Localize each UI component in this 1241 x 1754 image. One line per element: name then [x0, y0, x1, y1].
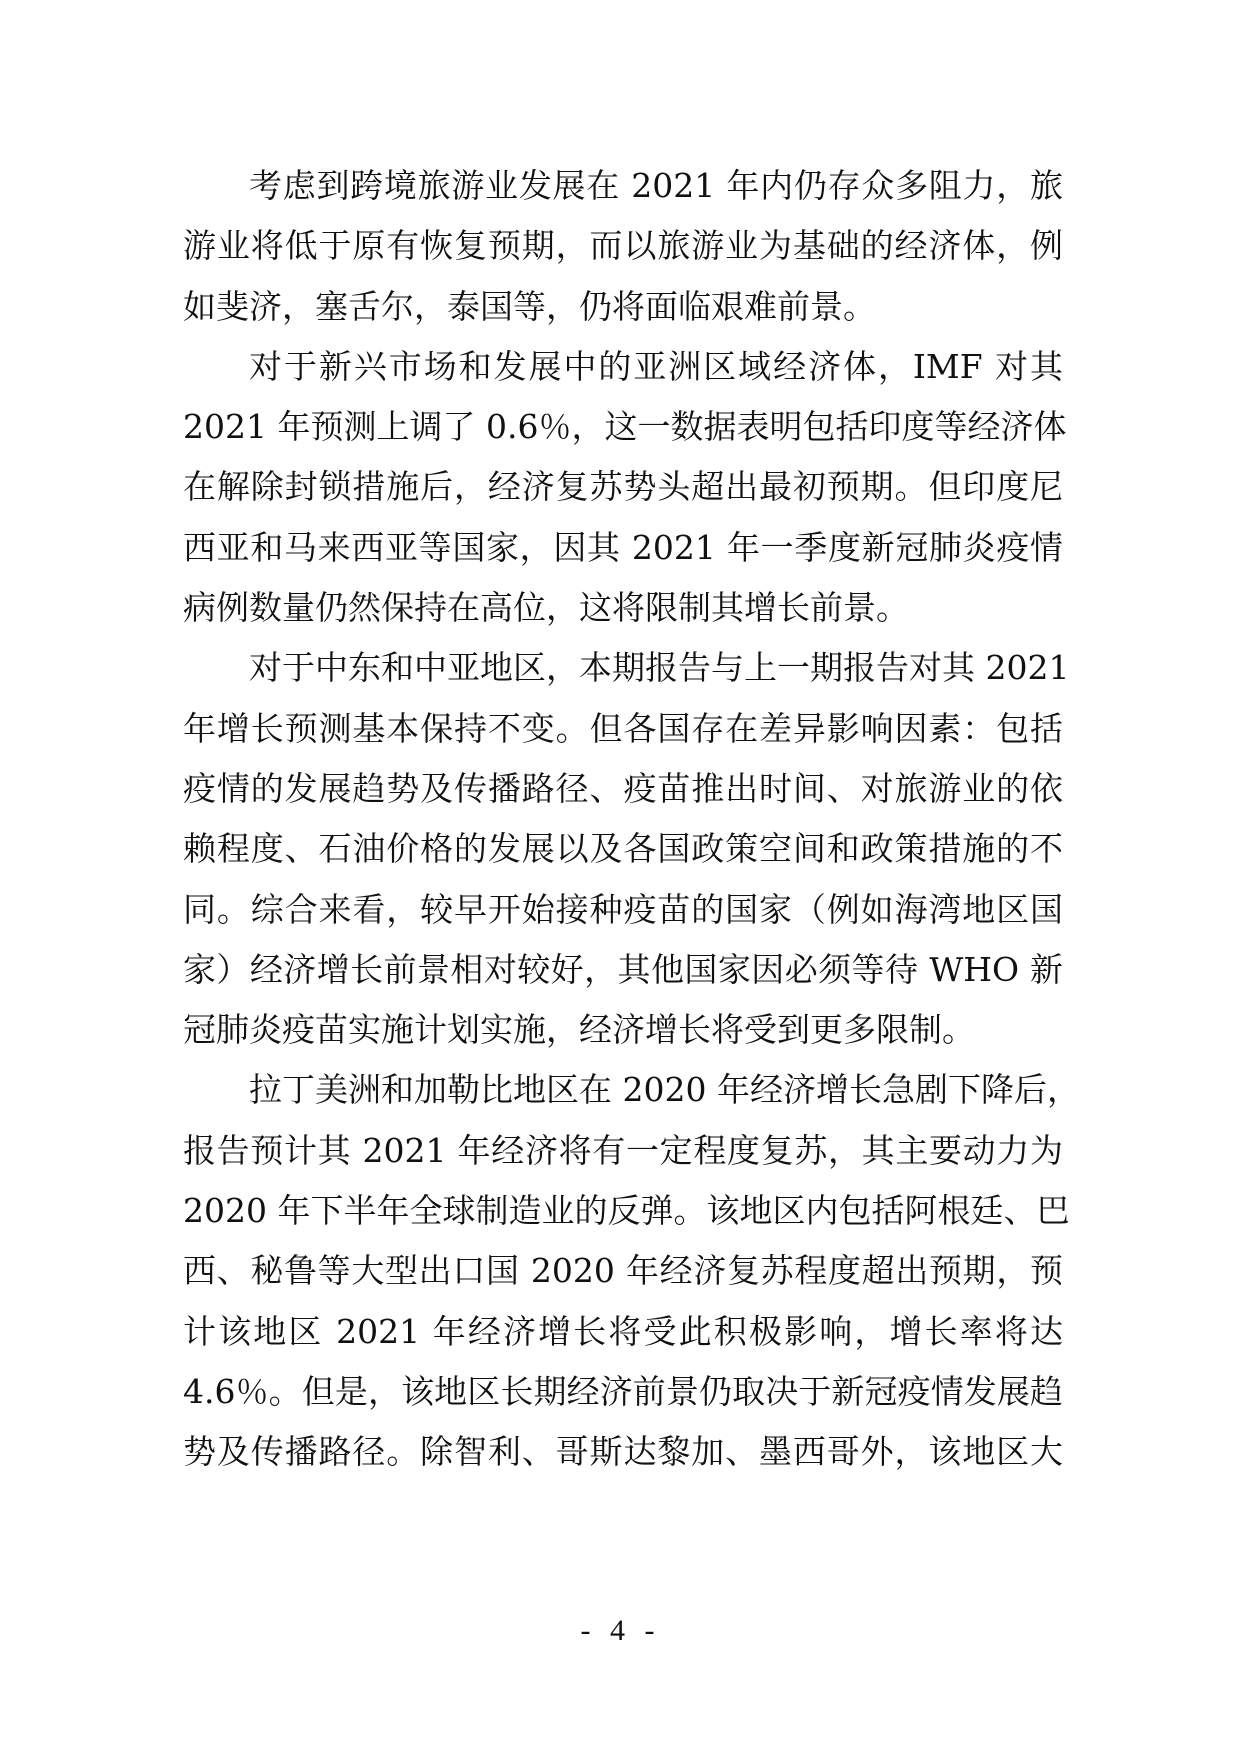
body-text: 考虑到跨境旅游业发展在 2021 年内仍存众多阻力，旅 游业将低于原有恢复预期，… [183, 156, 1063, 1483]
paragraph-4-line-7: 势及传播路径。除智利、哥斯达黎加、墨西哥外，该地区大 [183, 1422, 1063, 1482]
paragraph-3-line-5: 同。综合来看，较早开始接种疫苗的国家（例如海湾地区国 [183, 880, 1063, 940]
page-number: - 4 - [0, 1614, 1241, 1648]
paragraph-1-line-1: 考虑到跨境旅游业发展在 2021 年内仍存众多阻力，旅 [183, 156, 1063, 216]
paragraph-4-line-2: 报告预计其 2021 年经济将有一定程度复苏，其主要动力为 [183, 1121, 1063, 1181]
paragraph-3-line-3: 疫情的发展趋势及传播路径、疫苗推出时间、对旅游业的依 [183, 759, 1063, 819]
paragraph-1-line-3: 如斐济，塞舌尔，泰国等，仍将面临艰难前景。 [183, 277, 1063, 337]
paragraph-4-line-6: 4.6％。但是，该地区长期经济前景仍取决于新冠疫情发展趋 [183, 1362, 1063, 1422]
paragraph-2-line-4: 西亚和马来西亚等国家，因其 2021 年一季度新冠肺炎疫情 [183, 518, 1063, 578]
paragraph-3-line-7: 冠肺炎疫苗实施计划实施，经济增长将受到更多限制。 [183, 1000, 1063, 1060]
paragraph-3-line-6: 家）经济增长前景相对较好，其他国家因必须等待 WHO 新 [183, 940, 1063, 1000]
paragraph-4-line-3: 2020 年下半年全球制造业的反弹。该地区内包括阿根廷、巴 [183, 1181, 1063, 1241]
paragraph-4-line-4: 西、秘鲁等大型出口国 2020 年经济复苏程度超出预期，预 [183, 1241, 1063, 1301]
paragraph-2-line-2: 2021 年预测上调了 0.6％，这一数据表明包括印度等经济体 [183, 397, 1063, 457]
paragraph-2-line-3: 在解除封锁措施后，经济复苏势头超出最初预期。但印度尼 [183, 457, 1063, 517]
paragraph-2-line-1: 对于新兴市场和发展中的亚洲区域经济体，IMF 对其 [183, 337, 1063, 397]
paragraph-3-line-2: 年增长预测基本保持不变。但各国存在差异影响因素：包括 [183, 699, 1063, 759]
paragraph-4-line-5: 计该地区 2021 年经济增长将受此积极影响，增长率将达 [183, 1302, 1063, 1362]
paragraph-3-line-4: 赖程度、石油价格的发展以及各国政策空间和政策措施的不 [183, 819, 1063, 879]
paragraph-4-line-1: 拉丁美洲和加勒比地区在 2020 年经济增长急剧下降后， [183, 1060, 1063, 1120]
paragraph-2-line-5: 病例数量仍然保持在高位，这将限制其增长前景。 [183, 578, 1063, 638]
paragraph-1-line-2: 游业将低于原有恢复预期，而以旅游业为基础的经济体，例 [183, 216, 1063, 276]
document-page: 考虑到跨境旅游业发展在 2021 年内仍存众多阻力，旅 游业将低于原有恢复预期，… [0, 0, 1241, 1754]
paragraph-3-line-1: 对于中东和中亚地区，本期报告与上一期报告对其 2021 [183, 638, 1063, 698]
